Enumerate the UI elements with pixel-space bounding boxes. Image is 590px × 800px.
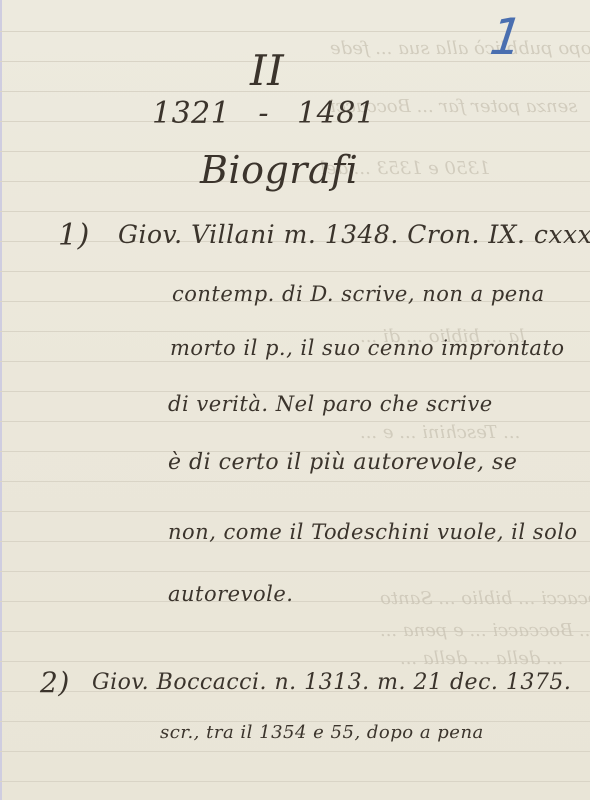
section-numeral: II [250,46,284,95]
entry-line: autorevole. [168,582,293,606]
bleed-through-line: ... Boccacci ... e pena ... [380,620,590,641]
bleed-through-line: ... Teschini ... e ... [360,422,520,443]
entry-line: morto il p., il suo cenno improntato [170,336,565,360]
bleed-through-line: ... io Bocacci ... biblio ... Santo [380,588,590,609]
entry-line: di verità. Nel paro che scrive [168,392,493,416]
entry-line: scr., tra il 1354 e 55, dopo a pena [160,722,484,743]
entry-line: non, come il Todeschini vuole, il solo [168,520,578,544]
bleed-through-line: Dopo pubblicò alla sua ... fede [330,38,590,59]
manuscript-page: Dopo pubblicò alla sua ... fede senza po… [0,0,590,800]
entry-line: contemp. di D. scrive, non a pena [172,282,545,306]
entry-line: Giov. Villani m. 1348. Cron. IX. cxxxvi. [118,220,590,249]
entry-line: Giov. Boccacci. n. 1313. m. 21 dec. 1375… [92,670,571,695]
bleed-through-line: ... della ... della ... [400,648,563,669]
entry-line: è di certo il più autorevole, se [168,450,517,475]
section-heading: Biografi [200,148,358,192]
entry-number: 1) [58,218,90,253]
entry-number: 2) [40,666,70,699]
date-range: 1321 - 1481 [152,96,375,131]
